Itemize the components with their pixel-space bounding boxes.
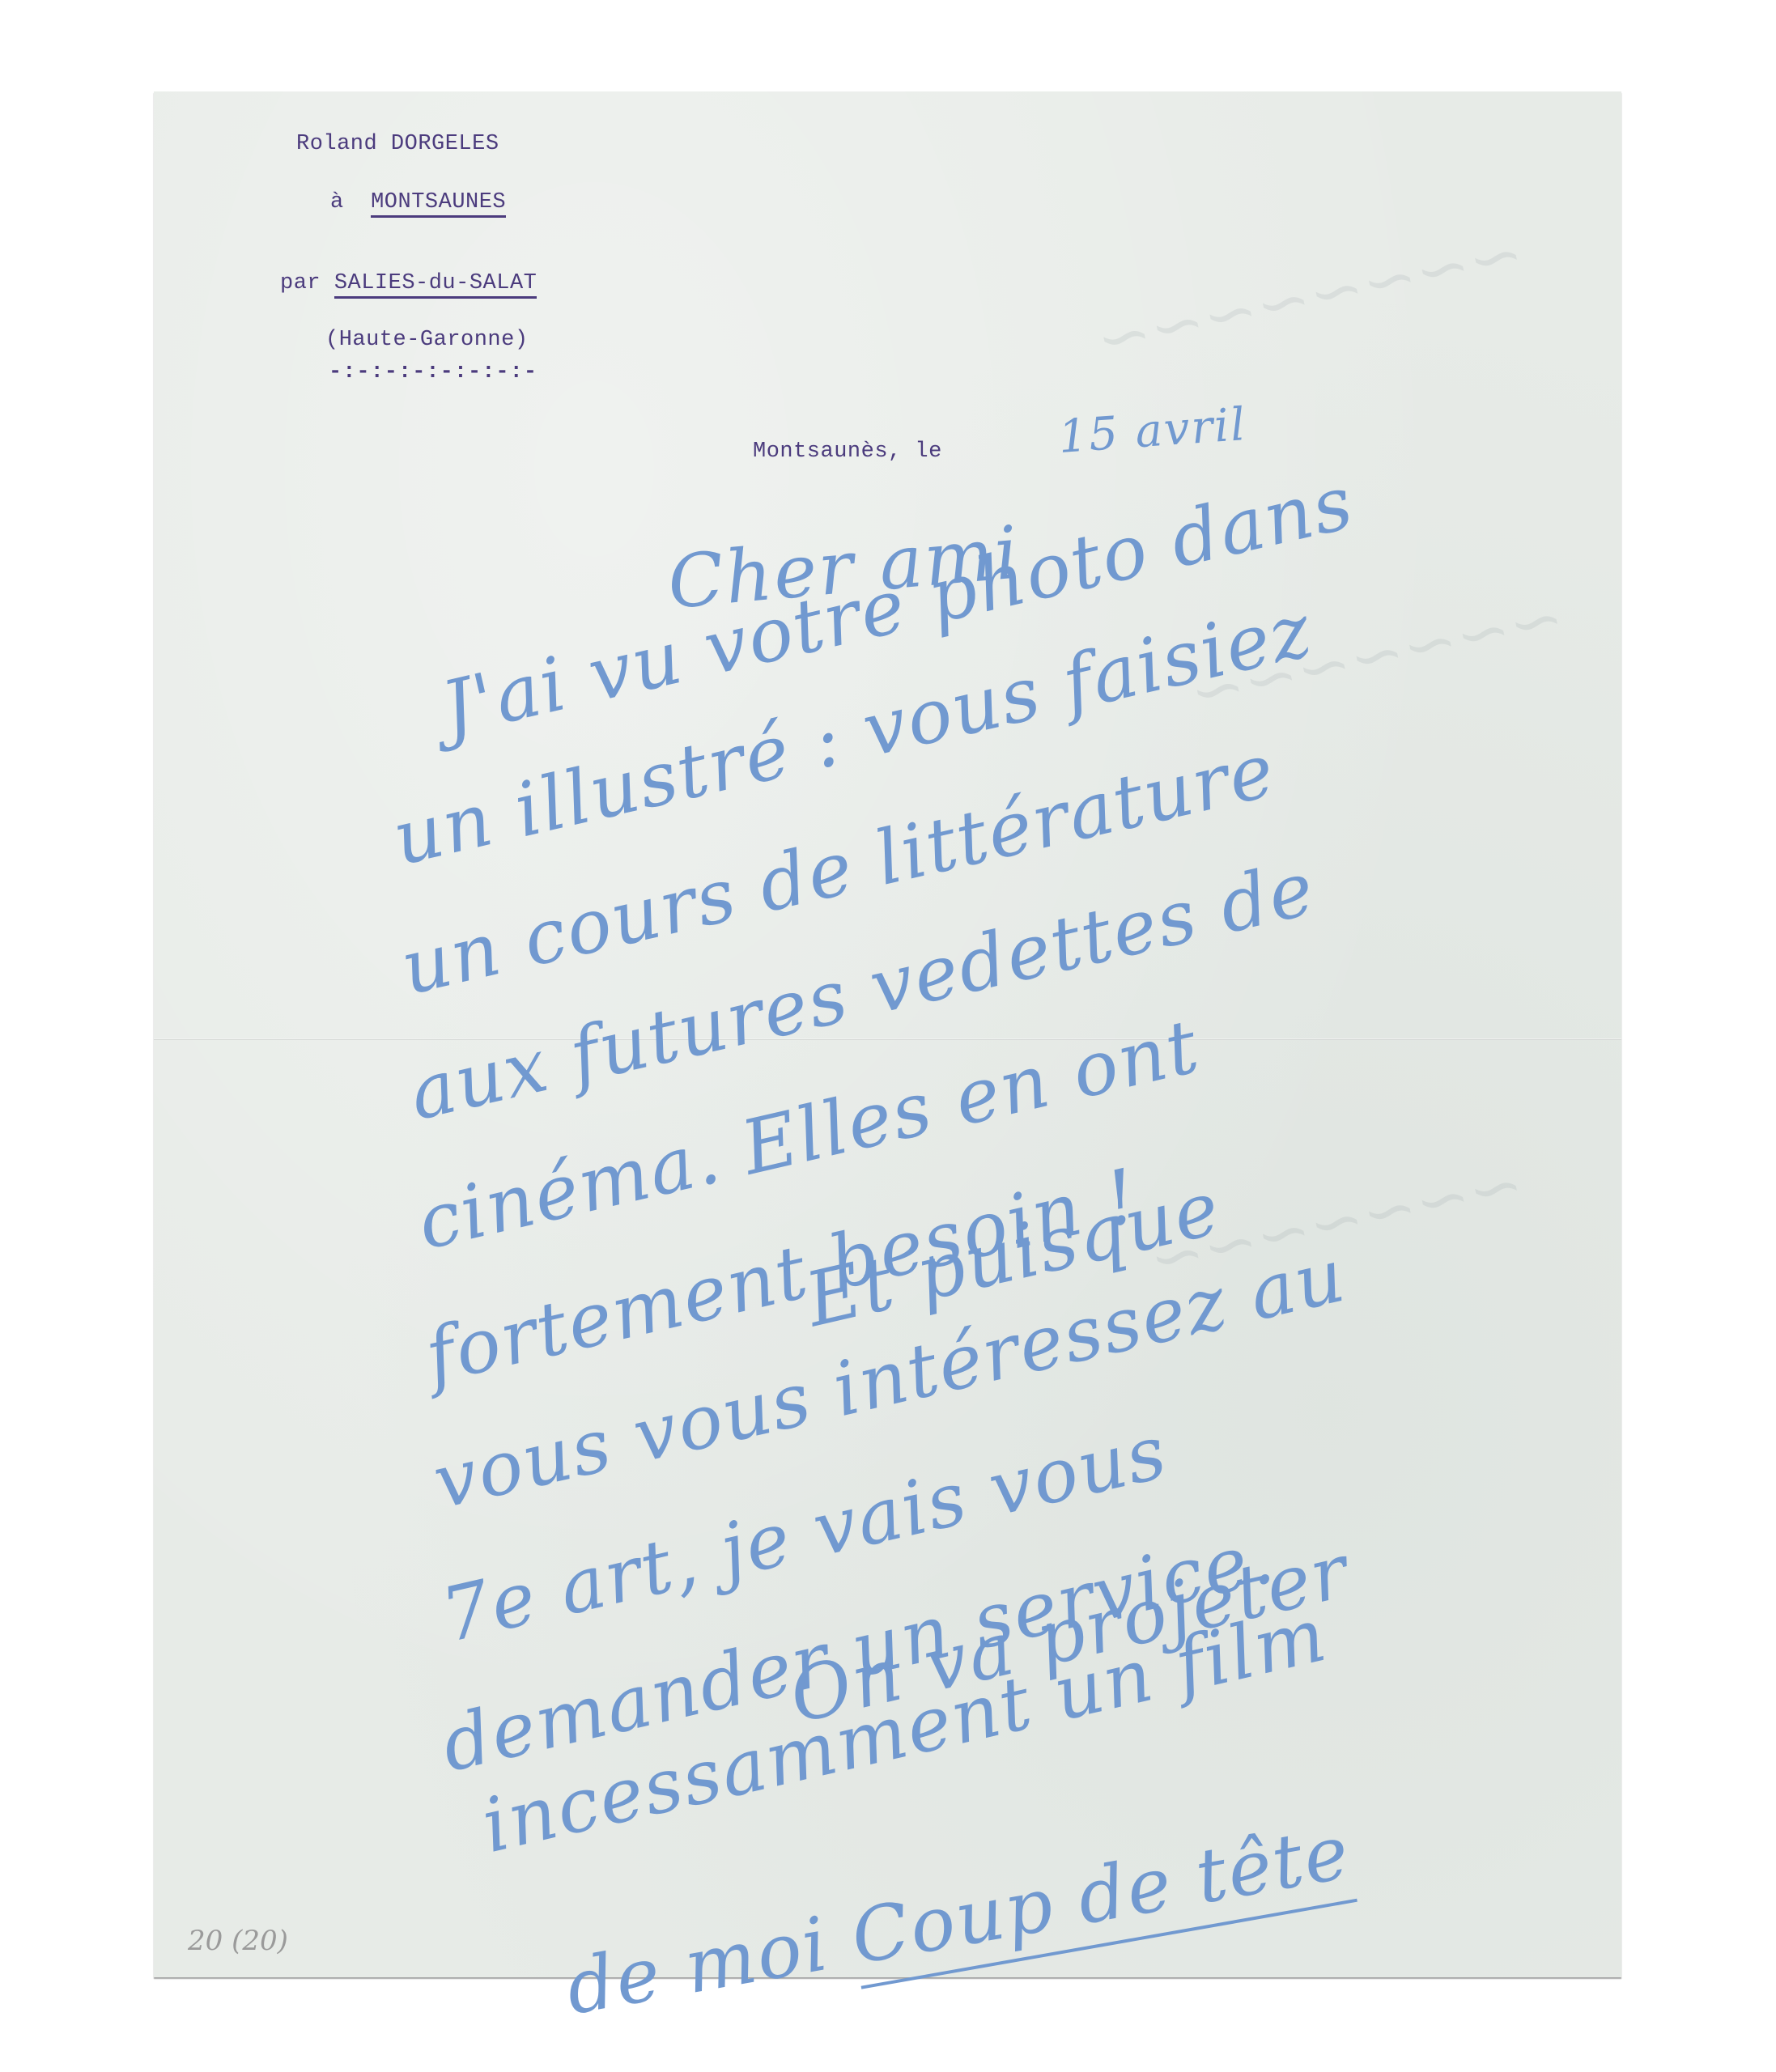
- dateline-typed: Montsaunès, le: [753, 439, 942, 464]
- letterhead-name: Roland DORGELES: [296, 132, 499, 156]
- archival-pencil-note: 20 (20): [188, 1925, 288, 1957]
- body-line-text: de moi: [559, 1900, 835, 2032]
- letter-sheet: ~~~~~~~~ ~~~~~~~ ~~~~~~~ Roland DORGELES…: [154, 91, 1621, 1977]
- body-line-final: de moi Coup de tête: [559, 1808, 1356, 2032]
- fold-crease: [154, 1038, 1621, 1040]
- letterhead-via: par SALIES-du-SALAT: [280, 271, 537, 295]
- film-title: Coup de tête: [845, 1808, 1357, 1989]
- letterhead-department: (Haute-Garonne): [325, 328, 529, 352]
- letterhead-via-prefix: par: [280, 271, 321, 295]
- letterhead-rule: -:-:-:-:-:-:-:-: [329, 360, 537, 384]
- dateline-handwritten: 15 avril: [1056, 398, 1248, 464]
- letterhead-place-name: MONTSAUNES: [371, 190, 506, 218]
- verso-bleed-through: ~~~~~~~~: [1090, 214, 1530, 378]
- letterhead-place-prefix: à: [330, 190, 344, 214]
- letterhead-place: à MONTSAUNES: [330, 190, 506, 214]
- letterhead-via-name: SALIES-du-SALAT: [334, 271, 537, 299]
